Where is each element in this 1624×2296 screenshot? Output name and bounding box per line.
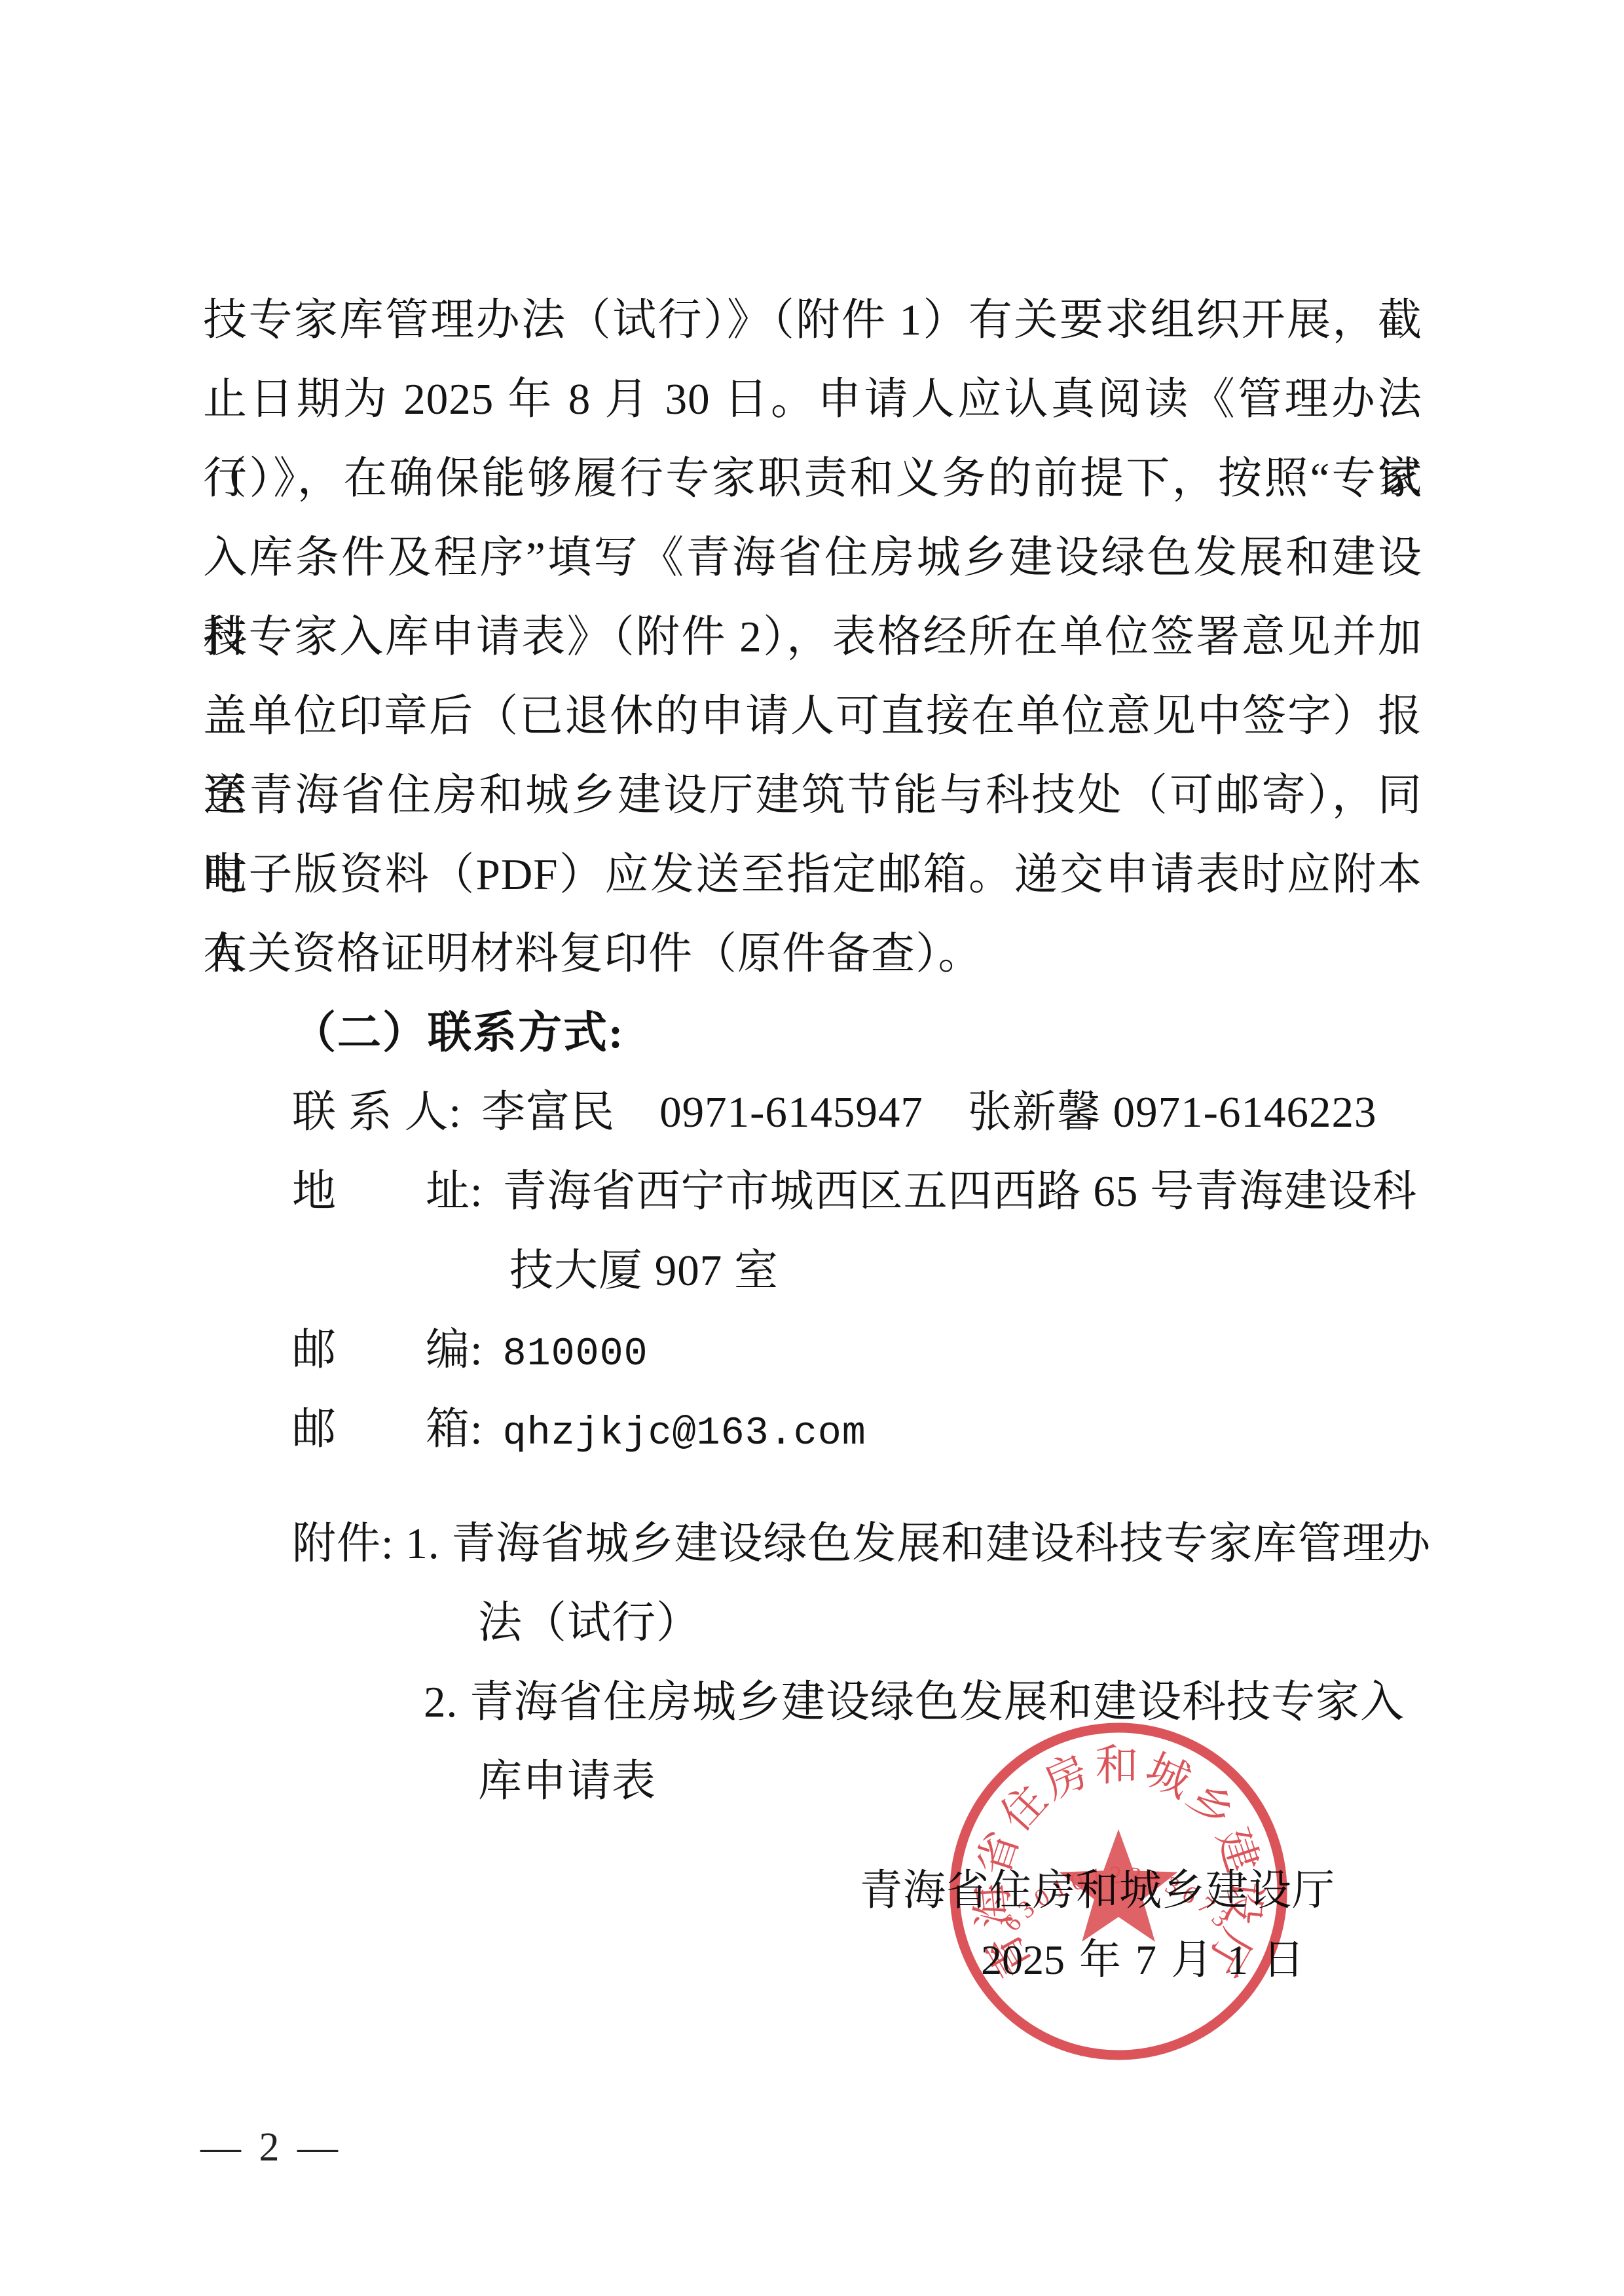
contact-label: 地 址: bbox=[292, 1167, 483, 1216]
body-line: 至青海省住房和城乡建设厅建筑节能与科技处（可邮寄），同时 bbox=[203, 756, 1422, 835]
contact-row-address: 地 址:青海省西宁市城西区五四西路 65 号青海建设科 bbox=[203, 1152, 1422, 1231]
contact-value: 810000 bbox=[503, 1332, 648, 1377]
body-line: 技专家库管理办法（试行）》（附件 1）有关要求组织开展，截 bbox=[203, 281, 1422, 360]
section-heading: （二）联系方式: bbox=[203, 994, 1422, 1073]
contact-row-person: 联 系 人:李富民 0971-6145947 张新馨 0971-6146223 bbox=[203, 1073, 1422, 1152]
contact-value: qhzjkjc@163.com bbox=[503, 1412, 866, 1456]
contact-label: 邮 编: bbox=[292, 1326, 483, 1374]
contact-address-continuation: 技大厦 907 室 bbox=[203, 1231, 1422, 1311]
official-seal: 青海省住房和城乡建设厅 6301012383673 bbox=[948, 1722, 1289, 2062]
attachment-item-1: 附件: 1. 青海省城乡建设绿色发展和建设科技专家库管理办 bbox=[203, 1504, 1422, 1584]
body-line: 盖单位印章后（已退休的申请人可直接在单位意见中签字）报送 bbox=[203, 677, 1422, 756]
body-line: 止日期为 2025 年 8 月 30 日。申请人应认真阅读《管理办法（试 bbox=[203, 360, 1422, 439]
page-number: — 2 — bbox=[200, 2121, 342, 2174]
body-line: 技专家入库申请表》（附件 2），表格经所在单位签署意见并加 bbox=[203, 598, 1422, 677]
body-line: 电子版资料（PDF）应发送至指定邮箱。递交申请表时应附本人 bbox=[203, 835, 1422, 915]
contact-row-email: 邮 箱:qhzjkjc@163.com bbox=[203, 1390, 1422, 1469]
contact-label: 邮 箱: bbox=[292, 1405, 483, 1453]
contact-row-zip: 邮 编:810000 bbox=[203, 1311, 1422, 1390]
contact-value: 青海省西宁市城西区五四西路 65 号青海建设科 bbox=[503, 1167, 1418, 1216]
attachment-item-1-continuation: 法（试行） bbox=[203, 1584, 1422, 1663]
body-line: 入库条件及程序”填写《青海省住房城乡建设绿色发展和建设科 bbox=[203, 519, 1422, 598]
document-page: 技专家库管理办法（试行）》（附件 1）有关要求组织开展，截 止日期为 2025 … bbox=[0, 0, 1624, 2296]
body-line: 有关资格证明材料复印件（原件备查）。 bbox=[203, 915, 1422, 994]
contact-label: 联 系 人: bbox=[292, 1088, 462, 1137]
contact-value: 李富民 0971-6145947 张新馨 0971-6146223 bbox=[481, 1088, 1376, 1137]
body-line: 行）》，在确保能够履行专家职责和义务的前提下，按照“专家 bbox=[203, 439, 1422, 519]
text-column: 技专家库管理办法（试行）》（附件 1）有关要求组织开展，截 止日期为 2025 … bbox=[203, 281, 1422, 1821]
